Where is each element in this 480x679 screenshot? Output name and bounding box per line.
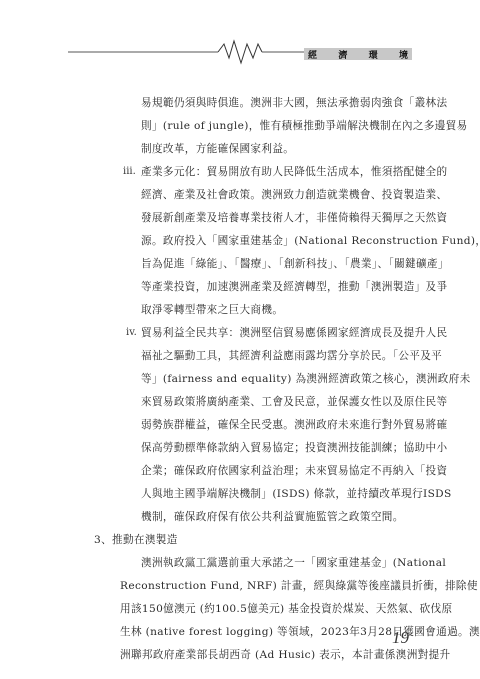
page-header: 經 濟 環 境 bbox=[0, 0, 480, 80]
text-line: 貿易利益全民共享：澳洲堅信貿易應係國家經濟成長及提升人民 bbox=[141, 326, 447, 340]
text-line: 用該150億澳元 (約100.5億美元) 基金投資於煤炭、天然氣、砍伐原 bbox=[120, 602, 452, 616]
text-line: 澳洲執政黨工黨選前重大承諾之一「國家重建基金」(National bbox=[141, 556, 446, 570]
section-label-char: 環 bbox=[369, 48, 378, 61]
text-line: 人與地主國爭端解決機制」(ISDS) 條款，並持續改革現行ISDS bbox=[141, 487, 452, 501]
text-line: Reconstruction Fund, NRF) 計畫，經與綠黨等後座議員折衝… bbox=[120, 579, 478, 593]
section-heading: 3、推動在澳製造 bbox=[94, 533, 178, 547]
section-label-char: 境 bbox=[399, 48, 408, 61]
text-line: 等產業投資，加速澳洲產業及經濟轉型，推動「澳洲製造」及爭 bbox=[141, 280, 447, 294]
text-line: 等」(fairness and equality) 為澳洲經濟政策之核心，澳洲政… bbox=[141, 372, 471, 386]
section-label: 經 濟 環 境 bbox=[304, 48, 412, 60]
text-line: 取淨零轉型帶來之巨大商機。 bbox=[141, 303, 283, 317]
text-line: 弱勢族群權益，確保全民受惠。澳洲政府未來進行對外貿易將確 bbox=[141, 418, 447, 432]
text-line: 保高勞動標準條款納入貿易協定；投資澳洲技能訓練；協助中小 bbox=[141, 441, 447, 455]
text-line: 來貿易政策將廣納產業、工會及民意，並保護女性以及原住民等 bbox=[141, 395, 447, 409]
text-line: 洲聯邦政府產業部長胡西奇 (Ad Husic) 表示，本計畫係澳洲對提升 bbox=[120, 648, 450, 662]
text-line: 機制，確保政府保有依公共利益實施監管之政策空間。 bbox=[141, 510, 404, 524]
text-line: 源。政府投入「國家重建基金」(National Reconstruction F… bbox=[141, 234, 480, 248]
text-line: 企業；確保政府依國家利益治理；未來貿易協定不再納入「投資 bbox=[141, 464, 447, 478]
page-number: 19 bbox=[392, 628, 409, 648]
text-line: 福祉之驅動工具，其經濟利益應雨露均霑分享於民。「公平及平 bbox=[141, 349, 442, 363]
text-line: 產業多元化：貿易開放有助人民降低生活成本，惟須搭配健全的 bbox=[141, 165, 447, 179]
text-line: 發展新創產業及培養專業技術人才，非僅倚賴得天獨厚之天然資 bbox=[141, 211, 447, 225]
section-label-char: 經 bbox=[308, 48, 317, 61]
list-numeral: iii. bbox=[123, 165, 136, 179]
text-line: 制度改革，方能確保國家利益。 bbox=[141, 142, 294, 156]
text-line: 生林 (native forest logging) 等領域，2023年3月28… bbox=[120, 625, 480, 639]
header-rule-zigzag-icon bbox=[0, 0, 480, 80]
text-line: 易規範仍須與時俱進。澳洲非大國，無法承擔弱肉強食「叢林法 bbox=[141, 96, 447, 110]
text-line: 經濟、產業及社會政策。澳洲致力創造就業機會、投資製造業、 bbox=[141, 188, 447, 202]
section-label-char: 濟 bbox=[338, 48, 347, 61]
text-line: 則」(rule of jungle)，惟有積極推動爭端解決機制在內之多邊貿易 bbox=[141, 119, 468, 133]
list-numeral: iv. bbox=[126, 326, 137, 340]
text-line: 旨為促進「綠能」、「醫療」、「創新科技」、「農業」、「關鍵礦產」 bbox=[141, 257, 449, 271]
